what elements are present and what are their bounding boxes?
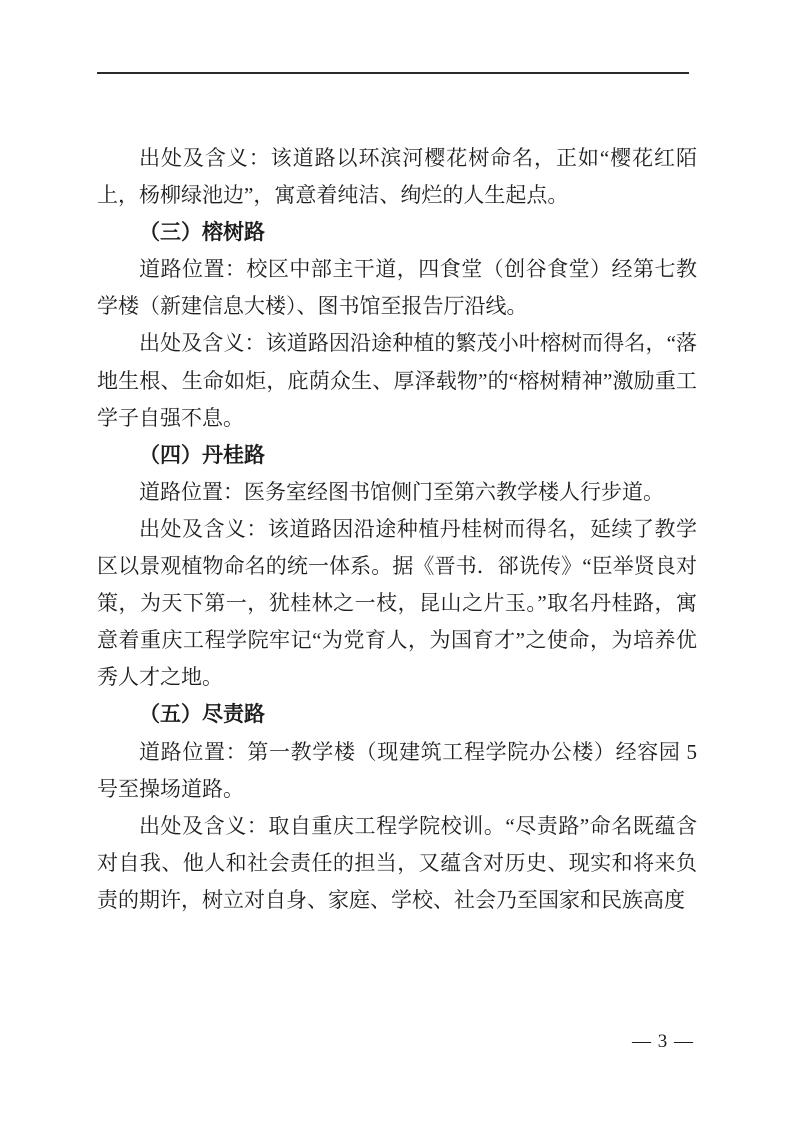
paragraph: 道路位置：校区中部主干道，四食堂（创谷食堂）经第七教学楼（新建信息大楼）、图书馆…	[97, 251, 697, 325]
section-heading: （五）尽责路	[97, 696, 697, 733]
paragraph: 出处及含义：该道路以环滨河樱花树命名，正如“樱花红陌上，杨柳绿池边”，寓意着纯洁…	[97, 140, 697, 214]
section-heading: （三）榕树路	[97, 214, 697, 251]
paragraph: 出处及含义：取自重庆工程学院校训。“尽责路”命名既蕴含对自我、他人和社会责任的担…	[97, 808, 697, 919]
paragraph: 道路位置：第一教学楼（现建筑工程学院办公楼）经容园 5号至操场道路。	[97, 734, 697, 808]
header-rule	[97, 72, 689, 74]
document-body: 出处及含义：该道路以环滨河樱花树命名，正如“樱花红陌上，杨柳绿池边”，寓意着纯洁…	[97, 140, 697, 919]
section-heading: （四）丹桂路	[97, 437, 697, 474]
paragraph: 道路位置：医务室经图书馆侧门至第六教学楼人行步道。	[97, 474, 697, 511]
paragraph: 出处及含义：该道路因沿途种植丹桂树而得名，延续了教学区以景观植物命名的统一体系。…	[97, 511, 697, 696]
page-number: — 3 —	[632, 1031, 694, 1053]
document-page: 出处及含义：该道路以环滨河樱花树命名，正如“樱花红陌上，杨柳绿池边”，寓意着纯洁…	[0, 0, 793, 1122]
paragraph: 出处及含义：该道路因沿途种植的繁茂小叶榕树而得名，“落地生根、生命如炬，庇荫众生…	[97, 325, 697, 436]
